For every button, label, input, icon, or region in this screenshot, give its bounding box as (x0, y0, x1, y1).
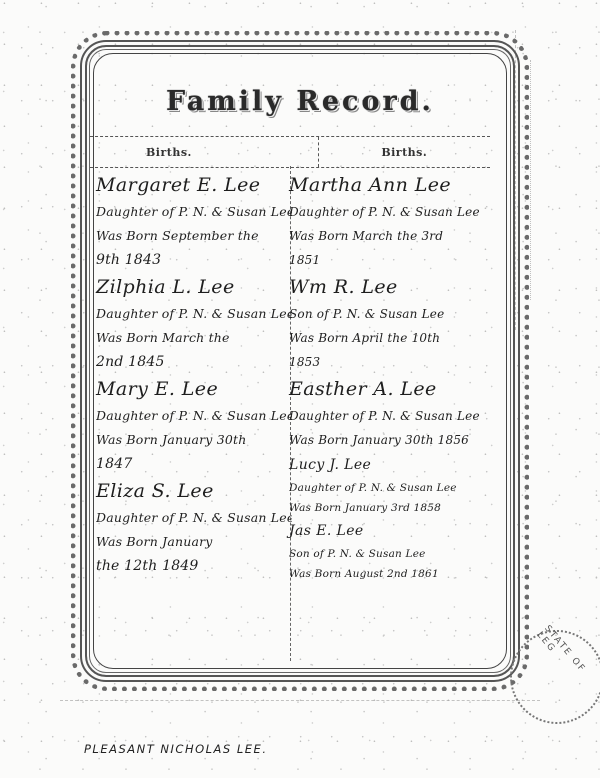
entry-name: Lucy J. Lee (289, 452, 485, 478)
births-column-left: Margaret E. Lee Daughter of P. N. & Susa… (96, 170, 292, 578)
entry-date: 1853 (289, 350, 485, 374)
birth-entry: Martha Ann Lee Daughter of P. N. & Susan… (289, 170, 485, 272)
entry-date: the 12th 1849 (96, 554, 292, 578)
entry-parentage: Daughter of P. N. & Susan Lee (96, 302, 292, 326)
entry-name: Wm R. Lee (289, 272, 485, 302)
entry-born-line: Was Born January 3rd 1858 (289, 498, 485, 518)
scan-smudge (60, 690, 540, 701)
entry-parentage: Daughter of P. N. & Susan Lee (289, 200, 485, 224)
entry-born-line: Was Born March the (96, 326, 292, 350)
entry-name: Margaret E. Lee (96, 170, 292, 200)
birth-entry: Eliza S. Lee Daughter of P. N. & Susan L… (96, 476, 292, 578)
entry-name: Eliza S. Lee (96, 476, 292, 506)
handwritten-caption: PLEASANT NICHOLAS LEE. (84, 742, 267, 756)
birth-entry: Wm R. Lee Son of P. N. & Susan Lee Was B… (289, 272, 485, 374)
births-column-right: Martha Ann Lee Daughter of P. N. & Susan… (289, 170, 485, 584)
entry-born-line: Was Born March the 3rd (289, 224, 485, 248)
scan-streak (530, 60, 534, 300)
entry-name: Mary E. Lee (96, 374, 292, 404)
stamp-text: STATE OF LEG (534, 624, 590, 686)
entry-born-line: Was Born September the (96, 224, 292, 248)
entry-date: 1851 (289, 248, 485, 272)
entry-date: 2nd 1845 (96, 350, 292, 374)
entry-parentage: Daughter of P. N. & Susan Lee (289, 404, 485, 428)
entry-born-line: Was Born April the 10th (289, 326, 485, 350)
entry-born-line: Was Born January 30th (96, 428, 292, 452)
entry-parentage: Son of P. N. & Susan Lee (289, 302, 485, 326)
entry-parentage: Daughter of P. N. & Susan Lee (96, 506, 292, 530)
record-title: Family Record. (80, 86, 520, 117)
entry-parentage: Daughter of P. N. & Susan Lee (289, 478, 485, 498)
entry-date: 1847 (96, 452, 292, 476)
column-header-row: Births. Births. (90, 136, 490, 168)
birth-entry: Lucy J. Lee Daughter of P. N. & Susan Le… (289, 452, 485, 518)
birth-entry: Zilphia L. Lee Daughter of P. N. & Susan… (96, 272, 292, 374)
entry-date: 9th 1843 (96, 248, 292, 272)
birth-entry: Jas E. Lee Son of P. N. & Susan Lee Was … (289, 518, 485, 584)
entry-born-line: Was Born August 2nd 1861 (289, 564, 485, 584)
column-header-right: Births. (318, 137, 491, 167)
entry-name: Jas E. Lee (289, 518, 485, 544)
entry-name: Zilphia L. Lee (96, 272, 292, 302)
entry-parentage: Daughter of P. N. & Susan Lee (96, 404, 292, 428)
birth-entry: Easther A. Lee Daughter of P. N. & Susan… (289, 374, 485, 452)
entry-name: Martha Ann Lee (289, 170, 485, 200)
entry-parentage: Son of P. N. & Susan Lee (289, 544, 485, 564)
birth-entry: Mary E. Lee Daughter of P. N. & Susan Le… (96, 374, 292, 476)
column-header-left: Births. (90, 137, 318, 167)
entry-parentage: Daughter of P. N. & Susan Lee (96, 200, 292, 224)
entry-born-line: Was Born January (96, 530, 292, 554)
birth-entry: Margaret E. Lee Daughter of P. N. & Susa… (96, 170, 292, 272)
entry-born-line: Was Born January 30th 1856 (289, 428, 485, 452)
entry-name: Easther A. Lee (289, 374, 485, 404)
